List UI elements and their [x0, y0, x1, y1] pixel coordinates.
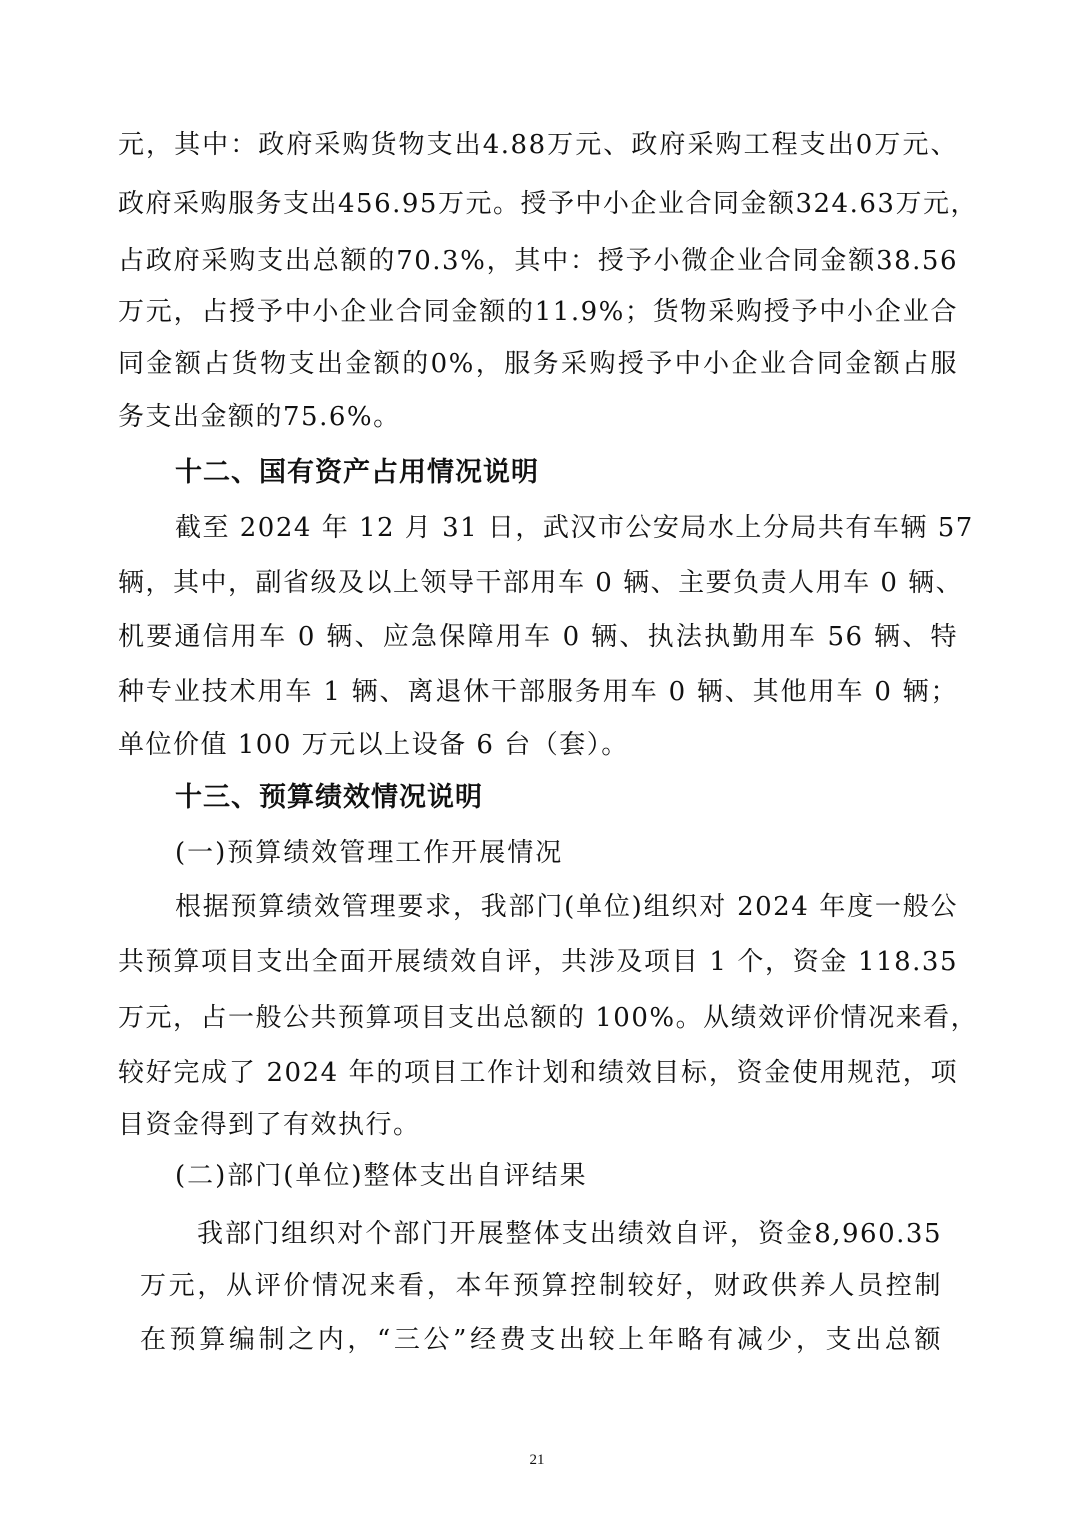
section-12-heading: 十二、国有资产占用情况说明: [175, 457, 539, 489]
text-line: 万元，占一般公共预算项目支出总额的 100%。从绩效评价情况来看，: [118, 1003, 958, 1033]
text-line: 占政府采购支出总额的70.3%，其中：授予小微企业合同金额38.56: [118, 246, 958, 276]
text-line: 截至 2024 年 12 月 31 日，武汉市公安局水上分局共有车辆 57: [175, 513, 958, 543]
text-line: 元，其中：政府采购货物支出4.88万元、政府采购工程支出0万元、: [118, 130, 958, 160]
text-line: 机要通信用车 0 辆、应急保障用车 0 辆、执法执勤用车 56 辆、特: [118, 622, 958, 652]
text-line: 务支出金额的75.6%。: [118, 402, 958, 432]
text-line: 在预算编制之内，“三公”经费支出较上年略有减少，支出总额: [140, 1325, 942, 1355]
text-line: 政府采购服务支出456.95万元。授予中小企业合同金额324.63万元，: [118, 189, 958, 219]
text-line: 我部门组织对个部门开展整体支出绩效自评，资金8,960.35: [197, 1219, 942, 1249]
text-line: 单位价值 100 万元以上设备 6 台（套）。: [118, 730, 958, 760]
text-line: 同金额占货物支出金额的0%，服务采购授予中小企业合同金额占服: [118, 349, 958, 379]
text-line: 共预算项目支出全面开展绩效自评，共涉及项目 1 个，资金 118.35: [118, 947, 958, 977]
text-line: 辆，其中，副省级及以上领导干部用车 0 辆、主要负责人用车 0 辆、: [118, 568, 958, 598]
page-number: 21: [0, 1452, 1074, 1469]
text-line: 种专业技术用车 1 辆、离退休干部服务用车 0 辆、其他用车 0 辆；: [118, 677, 958, 707]
text-line: 万元，从评价情况来看，本年预算控制较好，财政供养人员控制: [140, 1271, 942, 1301]
text-line: 目资金得到了有效执行。: [118, 1110, 958, 1140]
subsection-2-heading: (二)部门(单位)整体支出自评结果: [175, 1161, 588, 1191]
text-line: 万元，占授予中小企业合同金额的11.9%；货物采购授予中小企业合: [118, 297, 958, 327]
text-line: 较好完成了 2024 年的项目工作计划和绩效目标，资金使用规范，项: [118, 1058, 958, 1088]
text-line: 根据预算绩效管理要求，我部门(单位)组织对 2024 年度一般公: [175, 892, 958, 922]
subsection-1-heading: (一)预算绩效管理工作开展情况: [175, 838, 563, 868]
section-13-heading: 十三、预算绩效情况说明: [175, 782, 483, 814]
